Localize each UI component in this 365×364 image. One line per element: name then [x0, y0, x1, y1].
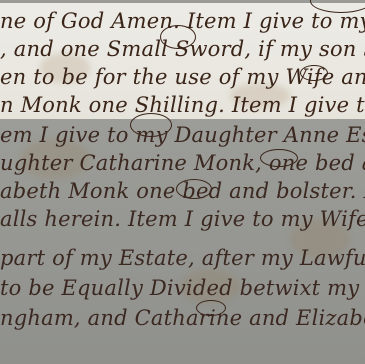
manuscript-line: , and one Small Sword, if my son Shoulo	[0, 37, 365, 61]
manuscript-line: em I give to my Daughter Anne Eshoh	[0, 123, 365, 147]
manuscript-line: to be Equally Divided betwixt my Wif	[0, 276, 365, 300]
manuscript-line: en to be for the use of my Wife and Chi	[0, 65, 365, 89]
manuscript-line: n Monk one Shilling. Item I give to m	[0, 93, 365, 117]
manuscript-line: part of my Estate, after my Lawfull	[0, 246, 365, 270]
manuscript-line: ne of God Amen. Item I give to my	[0, 9, 365, 33]
shaded-text-region: em I give to my Daughter Anne Eshoh ught…	[0, 119, 365, 364]
manuscript-line: ngham, and Catharine and Elizabeth Mon	[0, 306, 365, 330]
highlighted-text-region: ne of God Amen. Item I give to my , and …	[0, 3, 365, 119]
manuscript-line: alls herein. Item I give to my Wife one	[0, 207, 365, 231]
manuscript-line: ughter Catharine Monk, one bed and bolst…	[0, 151, 365, 175]
manuscript-page: ne of God Amen. Item I give to my , and …	[0, 0, 365, 364]
manuscript-line: abeth Monk one bed and bolster. Item I	[0, 179, 365, 203]
